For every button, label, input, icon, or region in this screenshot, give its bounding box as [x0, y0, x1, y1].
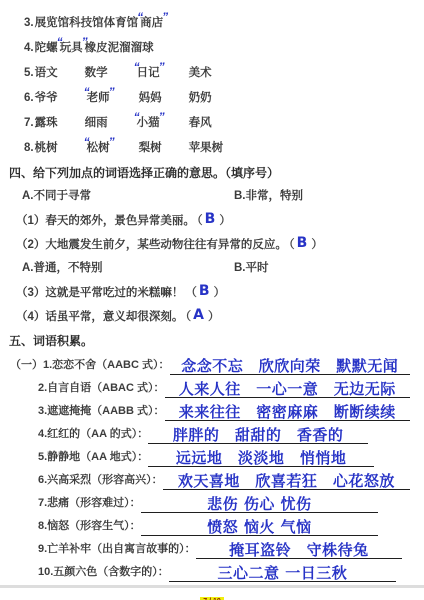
row-number: 8.	[24, 142, 34, 154]
word-text: 日记	[137, 67, 160, 79]
question-row: （2）大地震发生前夕，某些动物往往有异常的反应。（B）	[0, 232, 424, 256]
answer-paren-close: ）	[214, 287, 226, 299]
word: 梨树	[139, 142, 162, 154]
word-text: 玩具	[60, 42, 83, 54]
handwritten-answer: 三心二意 一日三秋	[218, 564, 348, 582]
handwritten-answer: 远远地 淡淡地 悄悄地	[176, 449, 347, 467]
word: 科技馆	[69, 17, 104, 29]
accumulation-row: 9.亡羊补牢（出自寓言故事的）：掩耳盗铃 守株待兔	[10, 536, 410, 559]
answer-blank-line: 念念不忘 欣欣向荣 默默无闻	[170, 354, 410, 375]
row-number: 4.	[24, 42, 34, 54]
item-label: 5.静静地（AA 地式）：	[38, 447, 148, 467]
answer-paren-close: ）	[208, 311, 220, 323]
question-text: （3）这就是平常吃过的米糕嘛！	[16, 287, 183, 299]
quote-close-icon: ”	[159, 110, 163, 124]
quote-open-icon: “	[134, 60, 138, 74]
word: 陀螺	[35, 42, 58, 54]
accumulation-row: （一）1.恋恋不舍（AABC 式）：念念不忘 欣欣向荣 默默无闻	[10, 352, 410, 375]
handwritten-answer-letter: B	[203, 211, 218, 227]
word-group-row: 7.露珠细雨“小猫”春风	[24, 110, 424, 135]
word: 桃树	[35, 142, 58, 154]
word: 展览馆	[35, 17, 70, 29]
word: 爷爷	[35, 92, 58, 104]
handwritten-answer: 来来往往 密密麻麻 断断续续	[179, 403, 396, 421]
word: 奶奶	[189, 92, 212, 104]
handwritten-answer: 愤怒 恼火 气恼	[207, 518, 311, 536]
word-group-section: 3.展览馆科技馆体育馆“商店”4.陀螺“玩具”橡皮泥溜溜球5.语文数学“日记”美…	[0, 10, 424, 160]
section-five-rows: （一）1.恋恋不舍（AABC 式）：念念不忘 欣欣向荣 默默无闻2.自言自语（A…	[0, 352, 424, 582]
item-label: 4.红红的（AA 的式）：	[38, 424, 148, 444]
section-five-title: 五、词语积累。	[0, 330, 424, 352]
option-a: A.普通，不特别	[22, 256, 234, 280]
answer-blank-line: 三心二意 一日三秋	[169, 561, 396, 582]
word: 数学	[85, 67, 108, 79]
word: 苹果树	[189, 142, 224, 154]
word-text: 商店	[140, 17, 163, 29]
question-text: （2）大地震发生前夕，某些动物往往有异常的反应。	[16, 239, 287, 251]
answer-blank-line: 来来往往 密密麻麻 断断续续	[165, 400, 410, 421]
word: 橡皮泥	[85, 42, 120, 54]
row-number: 7.	[24, 117, 34, 129]
word-group-row: 8.桃树“松树”梨树苹果树	[24, 135, 424, 160]
quote-open-icon: “	[84, 85, 88, 99]
accumulation-row: 5.静静地（AA 地式）：远远地 淡淡地 悄悄地	[10, 444, 410, 467]
word-text: 老师	[87, 92, 110, 104]
answer-blank-line: 欢天喜地 欣喜若狂 心花怒放	[163, 469, 410, 490]
item-label: 2.自言自语（ABAC 式）：	[38, 378, 165, 398]
answer-paren-open: （	[197, 215, 203, 227]
handwritten-answer: 欢天喜地 欣喜若狂 心花怒放	[178, 472, 395, 490]
word: 体育馆	[104, 17, 139, 29]
item-label: 9.亡羊补牢（出自寓言故事的）：	[38, 539, 196, 559]
word: 妈妈	[139, 92, 162, 104]
word: 细雨	[85, 117, 108, 129]
handwritten-answer: 悲伤 伤心 忧伤	[207, 495, 311, 513]
word-text: 松树	[87, 142, 110, 154]
answer-paren-open: （	[185, 287, 197, 299]
section-five: 五、词语积累。 （一）1.恋恋不舍（AABC 式）：念念不忘 欣欣向荣 默默无闻…	[0, 330, 424, 582]
accumulation-row: 10.五颜六色（含数字的）：三心二意 一日三秋	[10, 559, 410, 582]
answer-blank-line: 悲伤 伤心 忧伤	[141, 492, 378, 513]
handwritten-answer: 念念不忘 欣欣向荣 默默无闻	[181, 357, 398, 375]
footer-divider	[0, 585, 424, 588]
handwritten-answer-letter: B	[295, 235, 310, 251]
item-label: 6.兴高采烈（形容高兴）：	[38, 470, 163, 490]
row-number: 3.	[24, 17, 34, 29]
option-row: A.不同于寻常B.非常，特别	[0, 184, 424, 208]
option-b: B.非常，特别	[234, 184, 303, 208]
answer-blank-line: 人来人往 一心一意 无边无际	[165, 377, 410, 398]
answer-paren-close: ）	[219, 215, 231, 227]
question-text: （1）春天的郊外，景色异常美丽。	[16, 215, 195, 227]
worksheet-page: 3.展览馆科技馆体育馆“商店”4.陀螺“玩具”橡皮泥溜溜球5.语文数学“日记”美…	[0, 0, 424, 600]
handwritten-answer: 人来人往 一心一意 无边无际	[179, 380, 396, 398]
question-row: （1）春天的郊外，景色异常美丽。（B）	[0, 208, 424, 232]
handwritten-answer: 掩耳盗铃 守株待兔	[229, 541, 369, 559]
answer-blank-line: 胖胖的 甜甜的 香香的	[148, 423, 368, 444]
answer-blank-line: 远远地 淡淡地 悄悄地	[148, 446, 374, 467]
accumulation-row: 6.兴高采烈（形容高兴）：欢天喜地 欣喜若狂 心花怒放	[10, 467, 410, 490]
word-group-row: 3.展览馆科技馆体育馆“商店”	[24, 10, 424, 35]
accumulation-row: 2.自言自语（ABAC 式）：人来人往 一心一意 无边无际	[10, 375, 410, 398]
section-four-title: 四、给下列加点的词语选择正确的意思。（填序号）	[0, 162, 424, 184]
quote-close-icon: ”	[109, 85, 113, 99]
word: 露珠	[35, 117, 58, 129]
quote-open-icon: “	[137, 10, 141, 24]
quoted-word: “老师”	[85, 92, 112, 104]
section-four: 四、给下列加点的词语选择正确的意思。（填序号） A.不同于寻常B.非常，特别（1…	[0, 162, 424, 328]
handwritten-answer-letter: B	[197, 283, 212, 299]
question-row: （3）这就是平常吃过的米糕嘛！（B）	[0, 280, 424, 304]
footer: 7 / 10	[0, 590, 424, 600]
quoted-word: “商店”	[138, 17, 165, 29]
quote-open-icon: “	[84, 135, 88, 149]
quoted-word: “玩具”	[58, 42, 85, 54]
word: 溜溜球	[119, 42, 154, 54]
word-group-row: 4.陀螺“玩具”橡皮泥溜溜球	[24, 35, 424, 60]
word-text: 小猫	[137, 117, 160, 129]
quote-open-icon: “	[57, 35, 61, 49]
word: 语文	[35, 67, 58, 79]
handwritten-answer-letter: A	[191, 307, 206, 323]
option-row: A.普通，不特别B.平时	[0, 256, 424, 280]
question-row: （4）话虽平常，意义却很深刻。（A）	[0, 304, 424, 328]
option-a: A.不同于寻常	[22, 184, 234, 208]
word: 春风	[189, 117, 212, 129]
quoted-word: “日记”	[135, 67, 162, 79]
section-four-blocks: A.不同于寻常B.非常，特别（1）春天的郊外，景色异常美丽。（B）（2）大地震发…	[0, 184, 424, 328]
quoted-word: “小猫”	[135, 117, 162, 129]
quote-close-icon: ”	[162, 10, 166, 24]
row-number: 6.	[24, 92, 34, 104]
answer-paren-open: （	[289, 239, 295, 251]
accumulation-row: 7.悲痛（形容难过）：悲伤 伤心 忧伤	[10, 490, 410, 513]
item-label: 7.悲痛（形容难过）：	[38, 493, 141, 513]
option-b: B.平时	[234, 256, 269, 280]
accumulation-row: 3.遮遮掩掩（AABB 式）：来来往往 密密麻麻 断断续续	[10, 398, 410, 421]
answer-blank-line: 掩耳盗铃 守株待兔	[196, 538, 402, 559]
question-text: （4）话虽平常，意义却很深刻。	[16, 311, 183, 323]
accumulation-row: 4.红红的（AA 的式）：胖胖的 甜甜的 香香的	[10, 421, 410, 444]
quote-close-icon: ”	[159, 60, 163, 74]
word: 美术	[189, 67, 212, 79]
quote-close-icon: ”	[109, 135, 113, 149]
handwritten-answer: 胖胖的 甜甜的 香香的	[173, 426, 344, 444]
accumulation-row: 8.恼怒（形容生气）：愤怒 恼火 气恼	[10, 513, 410, 536]
item-label: 3.遮遮掩掩（AABB 式）：	[38, 401, 165, 421]
answer-blank-line: 愤怒 恼火 气恼	[141, 515, 378, 536]
quote-close-icon: ”	[82, 35, 86, 49]
item-label: （一）1.恋恋不舍（AABC 式）：	[10, 355, 170, 375]
quote-open-icon: “	[134, 110, 138, 124]
quoted-word: “松树”	[85, 142, 112, 154]
answer-paren-close: ）	[311, 239, 323, 251]
item-label: 10.五颜六色（含数字的）：	[38, 562, 169, 582]
word-group-row: 6.爷爷“老师”妈妈奶奶	[24, 85, 424, 110]
item-label: 8.恼怒（形容生气）：	[38, 516, 141, 536]
word-group-row: 5.语文数学“日记”美术	[24, 60, 424, 85]
row-number: 5.	[24, 67, 34, 79]
